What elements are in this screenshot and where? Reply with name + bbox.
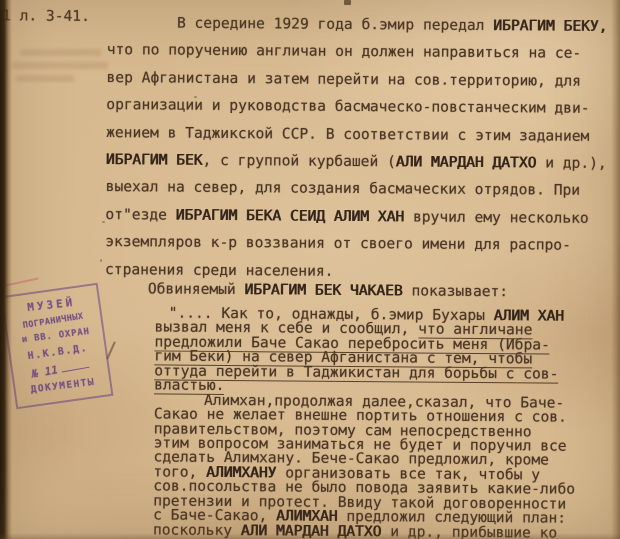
testimony-quote-block: ".... Как то, однажды, б.эмир Бухары АЛИ… (153, 306, 615, 539)
intro-line: Обвиняемый ИБРАГИМ БЕК ЧАКАЕВ показывает… (148, 280, 508, 300)
photo-right-edge-shadow (611, 0, 620, 539)
typed-text: показывает: (403, 282, 509, 300)
text-line: что по поручению англичан он должен напр… (107, 36, 615, 67)
scanned-document-page: 1 л. 3-41. В середине 1929 года б.эмир п… (0, 0, 620, 539)
typed-text: , с группой курбашей ( (202, 152, 395, 171)
archive-sheet-reference: 1 л. 3-41. (2, 7, 90, 25)
text-line: организации и руководства басмаческо-пов… (106, 91, 614, 122)
photo-bottom-edge-shadow (0, 533, 620, 539)
emphasized-name-text: ИБРАГИМ БЕК ЧАКАЕВ (244, 281, 402, 299)
text-line: от"езде ИБРАГИМ БЕКА СЕИД АЛИМ ХАН вручи… (105, 201, 613, 232)
typed-text: от"езде (105, 206, 175, 224)
main-paragraph: В середине 1929 года б.эмир передал ИБРА… (105, 9, 615, 287)
typed-text: и др.), (536, 154, 606, 172)
typed-text: странения среди населения. (105, 261, 334, 280)
emphasized-name-text: ИБРАГИМ БЕКА СЕИД АЛИМ ХАН (176, 206, 405, 225)
text-line: выехал на север, для создания басмачески… (106, 173, 614, 204)
stamp-text-line: № 11 (31, 358, 90, 381)
typed-text: вручил ему несколько (404, 208, 589, 226)
text-line: В середине 1929 года б.эмир передал ИБРА… (107, 9, 615, 40)
text-line: Обвиняемый ИБРАГИМ БЕК ЧАКАЕВ показывает… (148, 280, 508, 300)
text-line: ИБРАГИМ БЕК, с группой курбашей (АЛИ МАР… (106, 146, 614, 177)
typed-text: организации и руководства басмаческо-пов… (106, 96, 589, 117)
text-line: экземпляров к-р воззвания от своего имен… (105, 228, 613, 259)
photo-left-edge-shadow (0, 0, 12, 539)
text-line: вер Афганистана и затем перейти на сов.т… (106, 64, 614, 95)
text-line: жением в Таджикской ССР. В соответствии … (106, 119, 614, 150)
emphasized-name-text: ИБРАГИМ БЕКУ, (493, 17, 607, 35)
typed-text: вер Афганистана и затем перейти на сов.т… (106, 69, 581, 90)
typewritten-text-layer: 1 л. 3-41. В середине 1929 года б.эмир п… (0, 0, 620, 539)
typed-text: что по поручению англичан он должен напр… (107, 41, 582, 62)
typed-text: экземпляров к-р воззвания от своего имен… (105, 233, 571, 254)
emphasized-name-text: АЛИ МАРДАН ДАТХО (396, 153, 537, 171)
museum-archive-stamp: МУЗЕЙПОГРАНИЧНЫХи ВВ. ОХРАНН.К.В.Д.№ 11Д… (1, 283, 114, 410)
stamp-text-line: МУЗЕЙ (27, 296, 76, 314)
emphasized-name-text: ИБРАГИМ БЕК (106, 151, 203, 169)
typed-text: Обвиняемый (148, 280, 245, 298)
typed-text: жением в Таджикской ССР. В соответствии … (106, 124, 589, 145)
typed-text: выехал на север, для создания басмачески… (106, 178, 581, 199)
typed-text: В середине 1929 года б.эмир передал (177, 15, 493, 34)
